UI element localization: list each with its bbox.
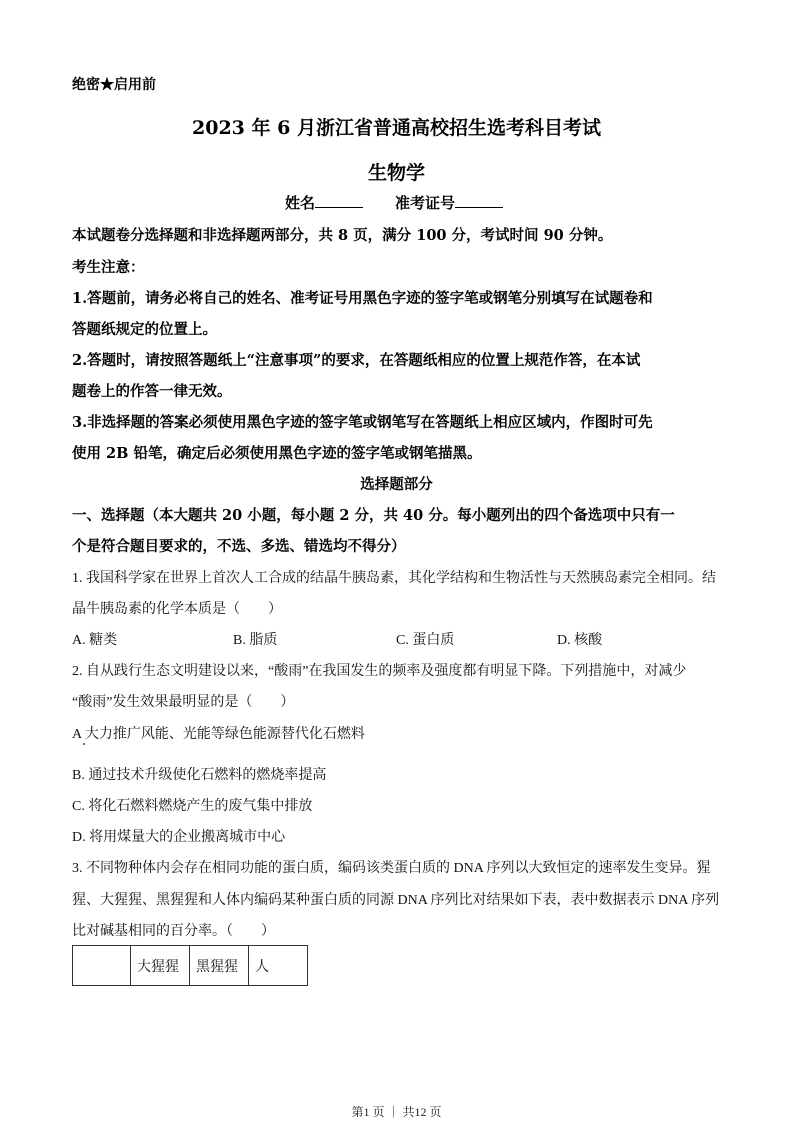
exam-intro: 本试题卷分选择题和非选择题两部分，共 8 页，满分 100 分，考试时间 90 …: [72, 224, 612, 245]
question-3-line-3: 比对碱基相同的百分率。（ ）: [72, 920, 275, 940]
question-2-option-a: A 大力推广风能、光能等绿色能源替代化石燃料: [72, 723, 365, 743]
name-blank: [315, 193, 363, 208]
notice-item-2-line-2: 题卷上的作答一律无效。: [72, 380, 232, 401]
question-1-line-2: 晶牛胰岛素的化学本质是（ ）: [72, 598, 282, 618]
subject-title: 生物学: [0, 158, 793, 185]
question-1-option-d: D. 核酸: [557, 629, 602, 649]
question-1-option-b: B. 脂质: [233, 629, 277, 649]
notice-item-3-line-2: 使用 2B 铅笔，确定后必须使用黑色字迹的签字笔或钢笔描黑。: [72, 442, 481, 463]
id-label: 准考证号: [395, 194, 455, 212]
question-3-line-1: 3. 不同物种体内会存在相同功能的蛋白质，编码该类蛋白质的 DNA 序列以大致恒…: [72, 857, 711, 877]
table-cell-empty: [73, 946, 131, 986]
section-title: 选择题部分: [0, 473, 793, 494]
question-1-option-c: C. 蛋白质: [396, 629, 454, 649]
dna-comparison-table: 大猩猩 黑猩猩 人: [72, 945, 308, 986]
table-cell-human: 人: [249, 946, 308, 986]
question-1-option-a: A. 糖类: [72, 629, 117, 649]
question-2-option-b: B. 通过技术升级使化石燃料的燃烧率提高: [72, 764, 326, 784]
page-footer: 第1 页 ｜ 共12 页: [0, 1103, 793, 1120]
exam-page: 绝密★启用前 2023 年 6 月浙江省普通高校招生选考科目考试 生物学 姓名准…: [0, 0, 793, 1122]
notice-item-3-line-1: 3.非选择题的答案必须使用黑色字迹的签字笔或钢笔写在答题纸上相应区域内，作图时可…: [72, 411, 653, 432]
candidate-info-row: 姓名准考证号: [285, 192, 503, 213]
notice-title: 考生注意：: [72, 256, 145, 277]
table-cell-chimpanzee: 黑猩猩: [190, 946, 249, 986]
question-2-line-2: “酸雨”发生效果最明显的是（ ）: [72, 691, 294, 711]
confidential-label: 绝密★启用前: [72, 74, 156, 94]
table-cell-gorilla: 大猩猩: [131, 946, 190, 986]
question-2-option-d: D. 将用煤量大的企业搬离城市中心: [72, 826, 285, 846]
notice-item-2-line-1: 2.答题时，请按照答题纸上“注意事项”的要求，在答题纸相应的位置上规范作答，在本…: [72, 349, 640, 370]
id-blank: [455, 193, 503, 208]
part-heading-line-1: 一、选择题（本大题共 20 小题，每小题 2 分，共 40 分。每小题列出的四个…: [72, 504, 675, 525]
question-2-line-1: 2. 自从践行生态文明建设以来，“酸雨”在我国发生的频率及强度都有明显下降。下列…: [72, 660, 686, 680]
notice-item-1-line-2: 答题纸规定的位置上。: [72, 318, 217, 339]
part-heading-line-2: 个是符合题目要求的，不选、多选、错选均不得分）: [72, 535, 406, 556]
table-header-row: 大猩猩 黑猩猩 人: [73, 946, 308, 986]
notice-item-1-line-1: 1.答题前，请务必将自己的姓名、准考证号用黑色字迹的签字笔或钢笔分别填写在试题卷…: [72, 287, 653, 308]
question-2-option-c: C. 将化石燃料燃烧产生的废气集中排放: [72, 795, 312, 815]
exam-title: 2023 年 6 月浙江省普通高校招生选考科目考试: [0, 113, 793, 140]
question-3-line-2: 猩、大猩猩、黑猩猩和人体内编码某种蛋白质的同源 DNA 序列比对结果如下表，表中…: [72, 889, 719, 909]
question-1-line-1: 1. 我国科学家在世界上首次人工合成的结晶牛胰岛素，其化学结构和生物活性与天然胰…: [72, 567, 716, 587]
stray-dot: [83, 743, 85, 745]
name-label: 姓名: [285, 194, 315, 212]
